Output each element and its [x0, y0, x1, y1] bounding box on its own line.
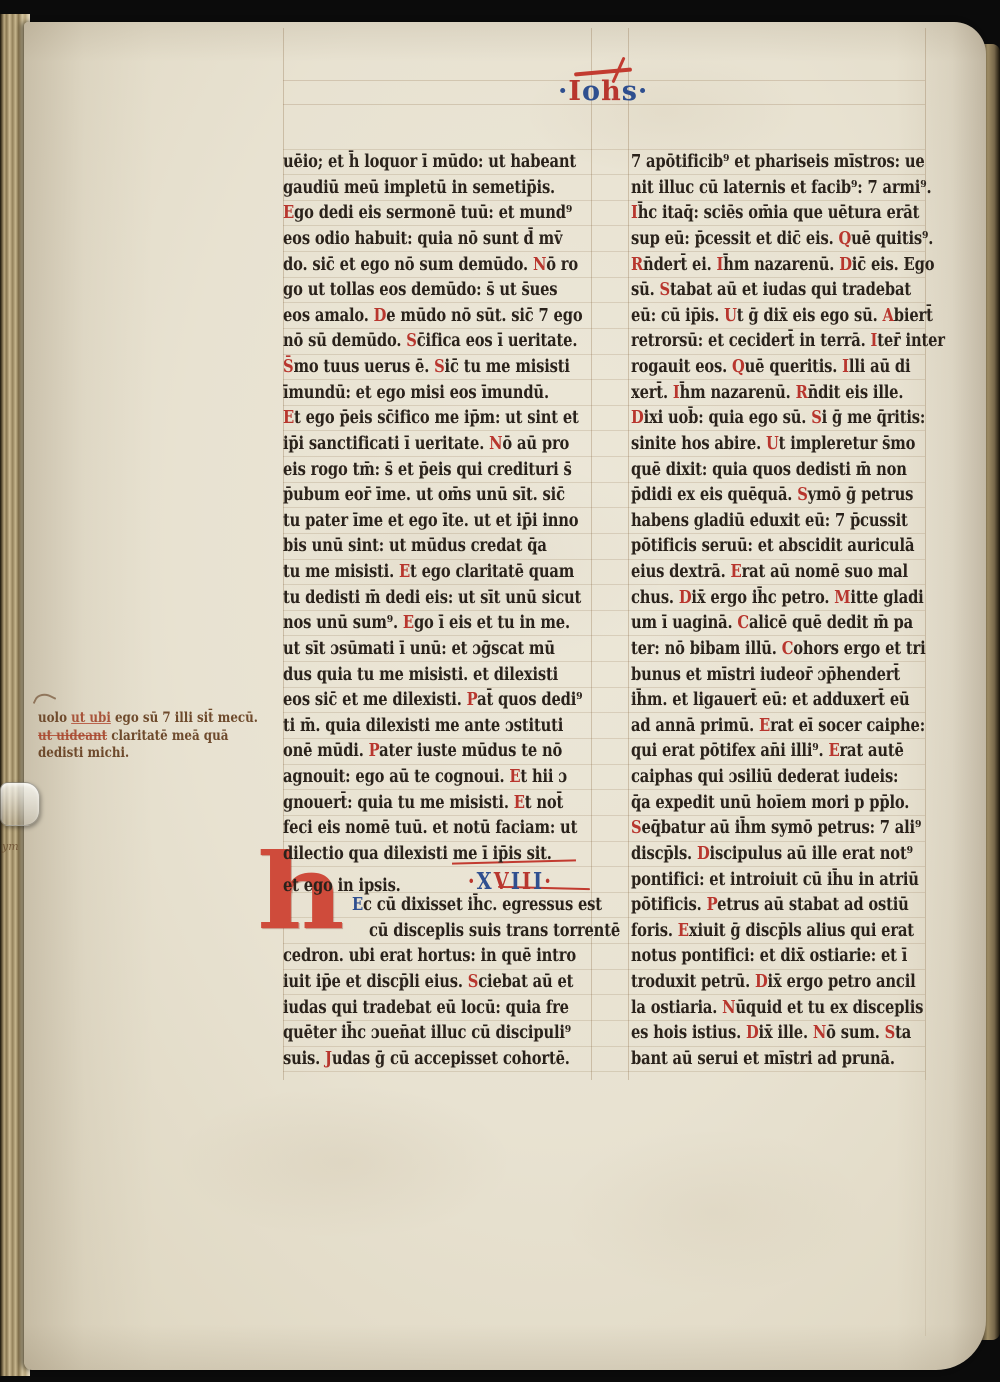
text-segment: U	[724, 306, 737, 326]
text-segment: sinite hos abire.	[631, 434, 766, 454]
text-segment: discp̄ls.	[631, 844, 697, 864]
text-segment: E	[399, 562, 410, 582]
text-segment: uēio; et h̄ loquor ī mūdo: ut habeant	[283, 152, 576, 172]
text-segment: E	[678, 921, 689, 941]
text-segment: gaudiū meū impletū in semetip̄is.	[283, 178, 555, 198]
text-segment: I	[673, 383, 680, 403]
text-segment: nō sū demūdo.	[283, 331, 406, 351]
text-line: p̄didi ex eis quēquā. Symō ḡ petrus	[631, 485, 908, 511]
text-line: uolo ut ubi ego sū 7 illi sit̄ mecū.	[38, 710, 258, 728]
text-segment: bunus et mīstri iudeor̄ ɔp̄hendert̄	[631, 665, 900, 685]
text-line: discp̄ls. Discipulus aū ille erat not⁹	[631, 844, 908, 870]
text-line: eos sic̄ et me dilexisti. Pat̄ quos dedi…	[283, 690, 560, 716]
text-segment: ix̄ ergo ih̄c petro.	[691, 588, 834, 608]
text-segment: i ḡ me q̄ritis:	[822, 408, 925, 428]
text-segment: nos unū sum⁹.	[283, 613, 403, 633]
text-segment: um ī uaginā.	[631, 613, 737, 633]
text-segment: h̄m nazarenū.	[680, 383, 796, 403]
text-line: quēter ih̄c ɔuen̄at illuc cū discipuli⁹	[283, 1023, 560, 1049]
left-column: uēio; et h̄ loquor ī mūdo: ut habeantgau…	[283, 152, 613, 1075]
text-segment: sup eū: p̄cessit et dic̄ eis.	[631, 229, 839, 249]
text-segment	[401, 876, 468, 896]
text-line: q̄a expedit unū hoīem mori p pp̄lo.	[631, 793, 908, 819]
text-segment: retrorsū: et cecidert̄ in terrā.	[631, 331, 870, 351]
text-segment: c̄ifica eos ī ueritate.	[417, 331, 578, 351]
text-segment: ut ubi	[71, 710, 111, 726]
text-segment: N	[813, 1023, 826, 1043]
text-line: ter: nō bibam illū. Cohors ergo et tri	[631, 639, 908, 665]
text-segment: tu me misisti.	[283, 562, 399, 582]
manuscript-photo: ·Iohs· h uēio; et h̄ loquor ī mūdo: ut h…	[0, 0, 1000, 1382]
text-line: retrorsū: et cecidert̄ in terrā. Iter̄ i…	[631, 331, 908, 357]
text-segment: onē mūdi.	[283, 741, 369, 761]
text-segment: R	[631, 255, 643, 275]
text-line: dilectio qua dilexisti me ī ip̄is sit.	[283, 844, 560, 870]
text-line: bis unū sint: ut mūdus credat q̄a	[283, 536, 560, 562]
text-segment: E	[352, 895, 363, 915]
text-segment: cū disceplis suis trans torrentē	[369, 921, 620, 941]
text-segment: E	[828, 741, 839, 761]
text-line: um ī uaginā. Calicē quē dedit m̄ pa	[631, 613, 908, 639]
text-line: īmundū: et ego misi eos īmundū.	[283, 383, 560, 409]
text-segment: t ego p̄eis sc̄ifico me ip̄m: ut sint et	[294, 408, 579, 428]
text-line: foris. Exiuit ḡ discp̄ls alius qui erat	[631, 921, 908, 947]
text-line: nit illuc cū laternis et facib⁹: 7 armi⁹…	[631, 178, 908, 204]
ruling-line	[283, 149, 925, 150]
text-segment: I	[631, 203, 638, 223]
text-line: troduxit petrū. Dix̄ ergo petro ancil	[631, 972, 908, 998]
text-segment: etrus aū stabat ad ostiū	[717, 895, 909, 915]
text-segment: ih̄m. et ligauert̄ eū: et adduxert̄ eū	[631, 690, 910, 710]
text-line: eos amalo. De mūdo nō sūt. sic̄ 7 ego	[283, 306, 560, 332]
text-segment: Q	[839, 229, 852, 249]
text-segment: ·	[544, 868, 553, 895]
text-segment: ·	[558, 76, 568, 107]
right-column: 7 apōtificib⁹ et phariseis mīstros: ueni…	[631, 152, 961, 1075]
text-segment: S	[797, 485, 807, 505]
text-segment: eius dextrā.	[631, 562, 731, 582]
text-segment: ti m̄. quia dilexisti me ante ɔstituti	[283, 716, 563, 736]
text-line: et ego in ipsis. ·XVIII·	[283, 870, 560, 896]
text-segment: es hois istius.	[631, 1023, 746, 1043]
text-line: eis rogo tm̄: s̄ et p̄eis qui credituri …	[283, 460, 560, 486]
text-segment: tu pater īme et ego īte. ut et ip̄i inno	[283, 511, 578, 531]
text-line: caiphas qui ɔsiliū dederat iudeis:	[631, 767, 908, 793]
ruling-line	[925, 1080, 926, 1336]
text-line: ut sīt ɔsūmati ī unū: et ɔḡscat mū	[283, 639, 560, 665]
text-line: tu me misisti. Et ego claritatē quam	[283, 562, 560, 588]
text-segment: ·	[468, 868, 477, 895]
text-segment: eos odio habuit: quia nō sunt d̄ mv̄	[283, 229, 562, 249]
text-segment: cedron. ubi erat hortus: in quē intro	[283, 946, 576, 966]
text-segment: R	[796, 383, 808, 403]
text-line: cedron. ubi erat hortus: in quē intro	[283, 946, 560, 972]
text-line: ih̄m. et ligauert̄ eū: et adduxert̄ eū	[631, 690, 908, 716]
text-segment: gnouert̄: quia tu me misisti.	[283, 793, 514, 813]
text-line: ut uideant claritatē meā quā	[38, 728, 258, 746]
text-segment: h	[601, 76, 622, 107]
text-segment: dilectio qua dilexisti me ī ip̄is sit.	[283, 844, 552, 864]
text-segment: I	[522, 868, 533, 895]
text-line: bunus et mīstri iudeor̄ ɔp̄hendert̄	[631, 665, 908, 691]
text-line: ad annā primū. Erat eī socer caiphe:	[631, 716, 908, 742]
text-line: la ostiaria. Nūquid et tu ex disceplis	[631, 998, 908, 1024]
text-line: pōtificis. Petrus aū stabat ad ostiū	[631, 895, 908, 921]
text-segment: iudas qui tradebat eū locū: quia fre	[283, 998, 569, 1018]
text-segment: quēter ih̄c ɔuen̄at illuc cū discipuli⁹	[283, 1023, 571, 1043]
text-line: Ih̄c itaq̄: sciēs om̄ia que uētura erāt	[631, 203, 908, 229]
text-line: S̄mo tuus uerus ē. Sic̄ tu me misisti	[283, 357, 560, 383]
text-segment: S	[631, 818, 641, 838]
text-line: eius dextrā. Erat aū nomē suo mal	[631, 562, 908, 588]
text-segment: N	[722, 998, 735, 1018]
text-segment: ciebat aū et	[478, 972, 573, 992]
text-segment: itte gladi	[850, 588, 923, 608]
text-segment: A	[883, 306, 894, 326]
text-line: notus pontifici: et dix̄ ostiarie: et ī	[631, 946, 908, 972]
text-segment: S̄	[283, 357, 293, 377]
text-segment: S	[406, 331, 416, 351]
text-line: nō sū demūdo. Sc̄ifica eos ī ueritate.	[283, 331, 560, 357]
text-segment: M	[834, 588, 850, 608]
text-segment: ip̄i sanctificati ī ueritate.	[283, 434, 489, 454]
text-segment: ic̄ eis. Ego	[852, 255, 935, 275]
text-segment: rat aū nomē suo mal	[742, 562, 908, 582]
text-segment: ic̄ tu me misisti	[445, 357, 570, 377]
text-segment: ymō ḡ petrus	[808, 485, 914, 505]
text-segment: I	[511, 868, 522, 895]
text-segment: uolo	[38, 710, 71, 726]
text-segment: ixi uob̄: quia ego sū.	[644, 408, 812, 428]
text-line: nos unū sum⁹. Ego ī eis et tu in me.	[283, 613, 560, 639]
text-segment: C	[782, 639, 794, 659]
text-segment: E	[731, 562, 742, 582]
text-segment: tabat aū et iudas qui tradebat	[670, 280, 911, 300]
text-segment: P	[467, 690, 478, 710]
text-segment: h̄c itaq̄: sciēs om̄ia que uētura erāt	[638, 203, 920, 223]
text-segment: S	[660, 280, 670, 300]
text-segment: Q	[732, 357, 745, 377]
text-line: chus. Dix̄ ergo ih̄c petro. Mitte gladi	[631, 588, 908, 614]
text-segment: xiuit ḡ discp̄ls alius qui erat	[689, 921, 914, 941]
text-segment: S	[434, 357, 444, 377]
text-segment: eos sic̄ et me dilexisti.	[283, 690, 467, 710]
text-line: uēio; et h̄ loquor ī mūdo: ut habeant	[283, 152, 560, 178]
text-segment: dus quia tu me misisti. et dilexisti	[283, 665, 558, 685]
text-segment: eos amalo.	[283, 306, 374, 326]
text-line: bant aū serui et mīstri ad prunā.	[631, 1049, 908, 1075]
text-segment: go ī eis et tu in me.	[414, 613, 570, 633]
text-segment: bis unū sint: ut mūdus credat q̄a	[283, 536, 547, 556]
text-line: sup eū: p̄cessit et dic̄ eis. Quē quitis…	[631, 229, 908, 255]
text-line: eos odio habuit: quia nō sunt d̄ mv̄	[283, 229, 560, 255]
text-segment: caiphas qui ɔsiliū dederat iudeis:	[631, 767, 898, 787]
marginal-note: uolo ut ubi ego sū 7 illi sit̄ mecū.ut u…	[38, 710, 288, 763]
text-segment: E	[514, 793, 525, 813]
text-segment: ter: nō bibam illū.	[631, 639, 782, 659]
text-line: Rn̄dert̄ ei. Ih̄m nazarenū. Dic̄ eis. Eg…	[631, 255, 908, 281]
text-line: es hois istius. Dix̄ ille. Nō sum. Sta	[631, 1023, 908, 1049]
text-segment: ohors ergo et tri	[793, 639, 925, 659]
text-segment: qui erat pōtifex an̄i illi⁹.	[631, 741, 828, 761]
text-segment: udas ḡ cū accepisset cohortē.	[332, 1049, 570, 1069]
text-segment: ·	[638, 76, 648, 107]
text-segment: D	[839, 255, 852, 275]
text-line: Seq̄batur aū ih̄m symō petrus: 7 ali⁹	[631, 818, 908, 844]
text-segment: E	[759, 716, 770, 736]
text-line: quē dixit: quia quos dedisti m̄ non	[631, 460, 908, 486]
text-segment: E	[509, 767, 520, 787]
text-segment: alicē quē dedit m̄ pa	[749, 613, 913, 633]
text-line: Dixi uob̄: quia ego sū. Si ḡ me q̄ritis:	[631, 408, 908, 434]
text-segment: agnouit: ego aū te cognoui.	[283, 767, 509, 787]
text-segment: do. sic̄ et ego nō sum demūdo.	[283, 255, 533, 275]
text-line: gaudiū meū impletū in semetip̄is.	[283, 178, 560, 204]
text-segment: īmundū: et ego misi eos īmundū.	[283, 383, 549, 403]
text-segment: c cū dixisset ih̄c. egressus est	[363, 895, 602, 915]
text-segment: ut sīt ɔsūmati ī unū: et ɔḡscat mū	[283, 639, 555, 659]
text-segment: rat autē	[839, 741, 903, 761]
text-line: qui erat pōtifex an̄i illi⁹. Erat autē	[631, 741, 908, 767]
text-line: sinite hos abire. Ut impleretur s̄mo	[631, 434, 908, 460]
text-line: do. sic̄ et ego nō sum demūdo. Nō ro	[283, 255, 560, 281]
text-segment: ego sū 7 illi sit̄ mecū.	[111, 710, 258, 726]
text-segment: troduxit petrū.	[631, 972, 755, 992]
text-segment: uē quitis⁹.	[851, 229, 933, 249]
text-segment: U	[766, 434, 779, 454]
text-segment: D	[746, 1023, 759, 1043]
text-line: go ut tollas eos demūdo: s̄ ut s̄ues	[283, 280, 560, 306]
text-segment: D	[631, 408, 644, 428]
text-segment: pōtificis.	[631, 895, 707, 915]
text-segment: E	[283, 203, 294, 223]
text-segment: eis rogo tm̄: s̄ et p̄eis qui credituri …	[283, 460, 572, 480]
text-line: pōtificis seruū: et abscidit auriculā	[631, 536, 908, 562]
text-line: ip̄i sanctificati ī ueritate. Nō aū pro	[283, 434, 560, 460]
text-segment: go ut tollas eos demūdo: s̄ ut s̄ues	[283, 280, 557, 300]
text-segment: dedisti michi.	[38, 745, 129, 761]
text-segment: s	[622, 76, 638, 107]
text-segment: ter̄ inter	[877, 331, 945, 351]
text-line: Ego dedi eis sermonē tuū: et mund⁹	[283, 203, 560, 229]
text-segment: D	[755, 972, 768, 992]
running-title: ·Iohs·	[558, 76, 648, 107]
text-line: eū: cū ip̄is. Ut ḡ dix̄ eis ego sū. Abie…	[631, 306, 908, 332]
text-segment: claritatē meā quā	[107, 728, 228, 744]
text-line: dus quia tu me misisti. et dilexisti	[283, 665, 560, 691]
text-segment: xert̄.	[631, 383, 673, 403]
text-segment: S	[811, 408, 821, 428]
text-segment: t not̄	[525, 793, 563, 813]
text-segment: habens gladiū eduxit eū: 7 p̄cussit	[631, 511, 908, 531]
text-segment: t impleretur s̄mo	[779, 434, 916, 454]
text-segment: ō aū pro	[502, 434, 569, 454]
text-segment: rogauit eos.	[631, 357, 732, 377]
text-segment: at̄ quos dedi⁹	[477, 690, 582, 710]
text-segment: I	[717, 255, 724, 275]
text-segment: bant aū serui et mīstri ad prunā.	[631, 1049, 895, 1069]
text-segment: ūquid et tu ex disceplis	[735, 998, 923, 1018]
text-segment: notus pontifici: et dix̄ ostiarie: et ī	[631, 946, 907, 966]
text-line: feci eis nomē tuū. et notū faciam: ut	[283, 818, 560, 844]
text-segment: iscipulus aū ille erat not⁹	[710, 844, 913, 864]
text-segment: D	[679, 588, 692, 608]
text-line: tu dedisti m̄ dedi eis: ut sīt unū sicut	[283, 588, 560, 614]
text-segment: pōtificis seruū: et abscidit auriculā	[631, 536, 914, 556]
text-line: iudas qui tradebat eū locū: quia fre	[283, 998, 560, 1024]
text-segment: ta	[895, 1023, 911, 1043]
text-segment: biert̄	[894, 306, 933, 326]
text-segment: ix̄ ille.	[759, 1023, 813, 1043]
text-segment: la ostiaria.	[631, 998, 722, 1018]
text-line: gnouert̄: quia tu me misisti. Et not̄	[283, 793, 560, 819]
text-segment: N	[533, 255, 546, 275]
text-line: pontifici: et introiuit cū ih̄u in atriū	[631, 870, 908, 896]
text-segment: foris.	[631, 921, 678, 941]
text-segment: t hii ɔ	[520, 767, 567, 787]
text-line: cū disceplis suis trans torrentē	[283, 921, 560, 947]
text-line: p̄ubum eor̄ īme. ut om̄s unū sīt. sic̄	[283, 485, 560, 511]
text-segment: t ego claritatē quam	[410, 562, 574, 582]
text-segment: ō ro	[546, 255, 578, 275]
text-line: ti m̄. quia dilexisti me ante ɔstituti	[283, 716, 560, 742]
text-line: Et ego p̄eis sc̄ifico me ip̄m: ut sint e…	[283, 408, 560, 434]
text-segment: sū.	[631, 280, 660, 300]
text-segment: n̄dit eis ille.	[808, 383, 904, 403]
text-line: xert̄. Ih̄m nazarenū. Rn̄dit eis ille.	[631, 383, 908, 409]
text-segment: o	[582, 76, 601, 107]
index-tab	[0, 782, 40, 826]
edge-mark: ym	[2, 840, 19, 853]
text-segment: P	[707, 895, 718, 915]
text-segment: et ego in ipsis.	[283, 876, 401, 896]
text-segment: mo tuus uerus ē.	[293, 357, 434, 377]
text-line: 7 apōtificib⁹ et phariseis mīstros: ue	[631, 152, 908, 178]
text-segment: ix̄ ergo petro ancil	[768, 972, 916, 992]
text-line: suis. Judas ḡ cū accepisset cohortē.	[283, 1049, 560, 1075]
text-segment: eq̄batur aū ih̄m symō petrus: 7 ali⁹	[641, 818, 921, 838]
text-line: rogauit eos. Quē queritis. Illi aū di	[631, 357, 908, 383]
text-segment: quē dixit: quia quos dedisti m̄ non	[631, 460, 907, 480]
text-segment: eū: cū ip̄is.	[631, 306, 724, 326]
text-segment: D	[697, 844, 710, 864]
text-segment: q̄a expedit unū hoīem mori p pp̄lo.	[631, 793, 909, 813]
text-segment: ut uideant	[38, 728, 107, 744]
text-segment: I	[533, 868, 544, 895]
text-line: dedisti michi.	[38, 745, 258, 763]
text-segment: ater iuste mūdus te nō	[379, 741, 562, 761]
text-segment: S	[468, 972, 478, 992]
text-segment: iuit ip̄e et discp̄li eius.	[283, 972, 468, 992]
text-segment: t ḡ dix̄ eis ego sū.	[737, 306, 883, 326]
text-segment: pontifici: et introiuit cū ih̄u in atriū	[631, 870, 919, 890]
text-segment: P	[369, 741, 380, 761]
text-segment: feci eis nomē tuū. et notū faciam: ut	[283, 818, 577, 838]
text-segment: X	[477, 868, 494, 895]
text-segment: rat eī socer caiphe:	[770, 716, 925, 736]
ruling-line	[628, 28, 629, 1080]
text-segment: tu dedisti m̄ dedi eis: ut sīt unū sicut	[283, 588, 581, 608]
text-segment: E	[403, 613, 414, 633]
text-line: tu pater īme et ego īte. ut et ip̄i inno	[283, 511, 560, 537]
text-segment: e mūdo nō sūt. sic̄ 7 ego	[386, 306, 582, 326]
text-segment: chus.	[631, 588, 679, 608]
text-segment: nit illuc cū laternis et facib⁹: 7 armi⁹…	[631, 178, 931, 198]
text-segment: n̄dert̄ ei.	[643, 255, 716, 275]
text-segment: lli aū di	[849, 357, 911, 377]
text-segment: go dedi eis sermonē tuū: et mund⁹	[294, 203, 572, 223]
text-segment: S	[885, 1023, 895, 1043]
text-line: Ec cū dixisset ih̄c. egressus est	[283, 895, 560, 921]
text-line: agnouit: ego aū te cognoui. Et hii ɔ	[283, 767, 560, 793]
text-segment: E	[283, 408, 294, 428]
text-segment: ad annā primū.	[631, 716, 759, 736]
text-segment: I	[568, 76, 582, 107]
text-segment: 7 apōtificib⁹ et phariseis mīstros: ue	[631, 152, 925, 172]
text-line: iuit ip̄e et discp̄li eius. Sciebat aū e…	[283, 972, 560, 998]
text-segment: h̄m nazarenū.	[723, 255, 839, 275]
text-line: habens gladiū eduxit eū: 7 p̄cussit	[631, 511, 908, 537]
text-segment: D	[374, 306, 387, 326]
text-segment: uē queritis.	[745, 357, 843, 377]
text-segment: suis.	[283, 1049, 325, 1069]
text-segment: p̄didi ex eis quēquā.	[631, 485, 797, 505]
text-line: sū. Stabat aū et iudas qui tradebat	[631, 280, 908, 306]
text-segment: N	[489, 434, 502, 454]
text-segment: p̄ubum eor̄ īme. ut om̄s unū sīt. sic̄	[283, 485, 565, 505]
text-segment: ō sum.	[826, 1023, 885, 1043]
text-line: onē mūdi. Pater iuste mūdus te nō	[283, 741, 560, 767]
text-segment: V	[494, 868, 511, 895]
text-segment: C	[737, 613, 749, 633]
